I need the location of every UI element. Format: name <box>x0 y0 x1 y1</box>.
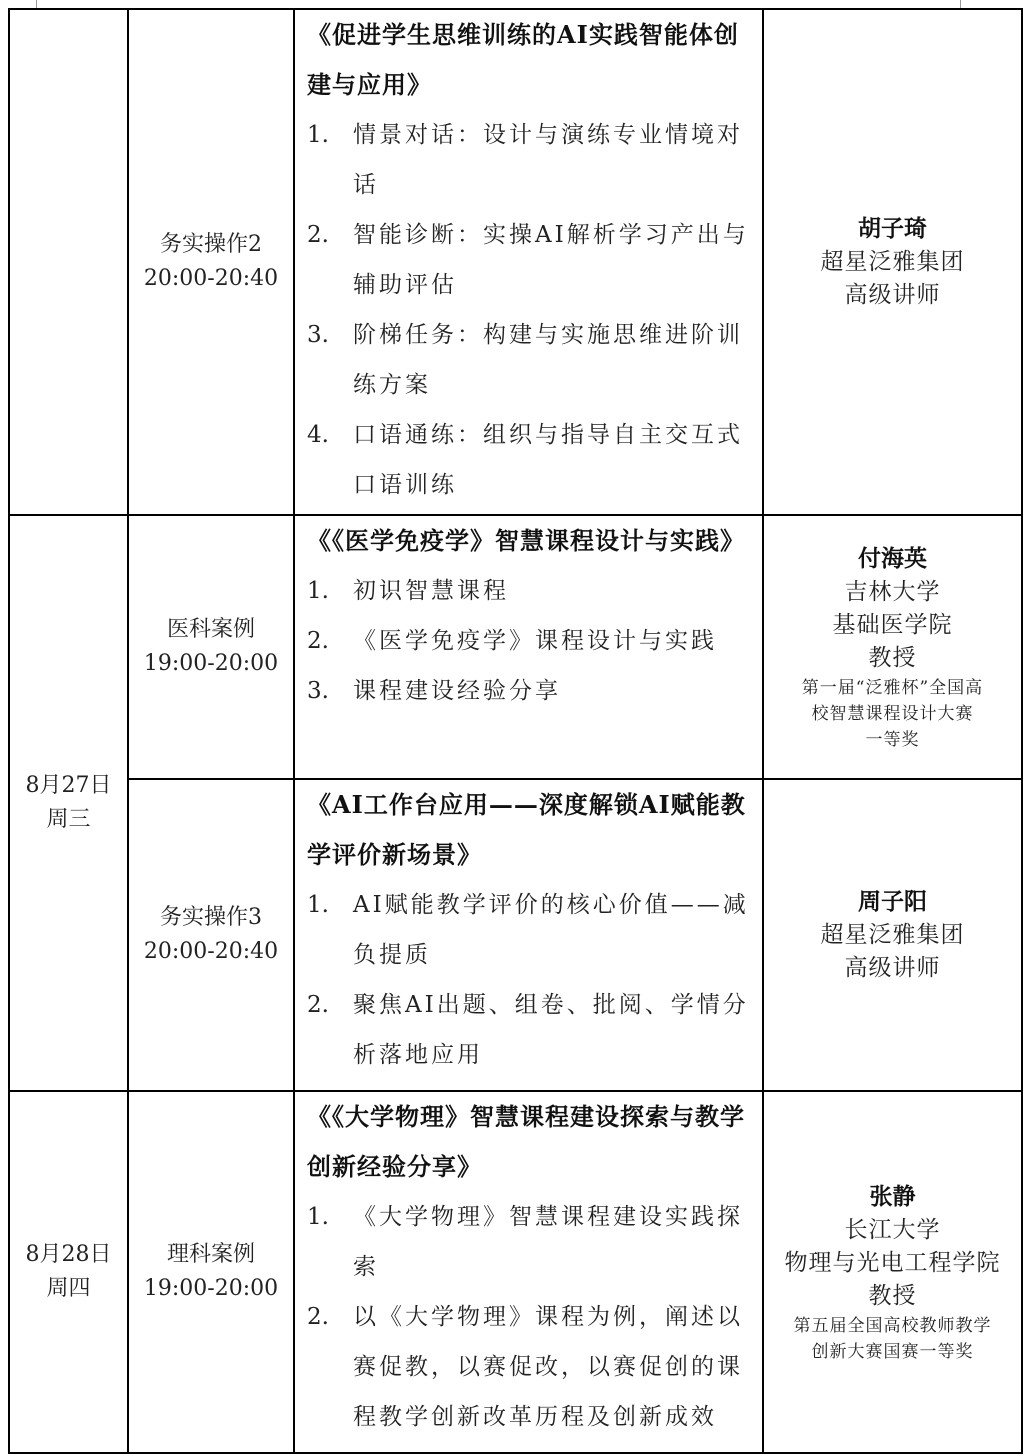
speaker-affiliation: 超星泛雅集团 <box>764 246 1021 279</box>
schedule-table: 务实操作2 20:00-20:40 《促进学生思维训练的AI实践智能体创建与应用… <box>8 8 1023 1454</box>
list-item: 3.课程建设经验分享 <box>307 666 752 716</box>
speaker-affiliation: 长江大学 <box>764 1214 1021 1247</box>
list-text: AI赋能教学评价的核心价值——减负提质 <box>353 892 749 968</box>
table-row: 务实操作2 20:00-20:40 《促进学生思维训练的AI实践智能体创建与应用… <box>9 9 1022 515</box>
course-title: 《《大学物理》智慧课程建设探索与教学创新经验分享》 <box>307 1092 752 1192</box>
speaker-department: 物理与光电工程学院 <box>764 1247 1021 1280</box>
content-cell: 《《大学物理》智慧课程建设探索与教学创新经验分享》 1.《大学物理》智慧课程建设… <box>294 1091 763 1453</box>
list-text: 以《大学物理》课程为例，阐述以赛促教，以赛促改，以赛促创的课程教学创新改革历程及… <box>353 1304 743 1430</box>
list-text: 《大学物理》智慧课程建设实践探索 <box>353 1204 743 1280</box>
list-text: 情景对话：设计与演练专业情境对话 <box>353 122 743 198</box>
list-item: 1.情景对话：设计与演练专业情境对话 <box>307 110 752 210</box>
session-cell: 医科案例 19:00-20:00 <box>128 515 294 779</box>
session-name: 理科案例 <box>129 1238 293 1272</box>
course-title: 《AI工作台应用——深度解锁AI赋能教学评价新场景》 <box>307 780 752 880</box>
course-title: 《《医学免疫学》智慧课程设计与实践》 <box>307 516 752 566</box>
list-text: 初识智慧课程 <box>353 578 509 604</box>
speaker-department: 基础医学院 <box>764 609 1021 642</box>
list-item: 1.初识智慧课程 <box>307 566 752 616</box>
list-number: 1. <box>307 1192 347 1242</box>
speaker-affiliation: 超星泛雅集团 <box>764 919 1021 952</box>
speaker-cell: 胡子琦 超星泛雅集团 高级讲师 <box>763 9 1022 515</box>
date-weekday: 周三 <box>10 803 127 837</box>
session-name: 务实操作3 <box>129 901 293 935</box>
session-cell: 务实操作2 20:00-20:40 <box>128 9 294 515</box>
list-number: 1. <box>307 110 347 160</box>
list-item: 2.以《大学物理》课程为例，阐述以赛促教，以赛促改，以赛促创的课程教学创新改革历… <box>307 1292 752 1442</box>
session-cell: 理科案例 19:00-20:00 <box>128 1091 294 1453</box>
list-number: 2. <box>307 980 347 1030</box>
date-day: 8月27日 <box>10 769 127 803</box>
table-row: 8月27日 周三 医科案例 19:00-20:00 《《医学免疫学》智慧课程设计… <box>9 515 1022 779</box>
list-text: 聚焦AI出题、组卷、批阅、学情分析落地应用 <box>353 992 749 1068</box>
speaker-award: 第五届全国高校教师教学 <box>764 1313 1021 1339</box>
speaker-cell: 周子阳 超星泛雅集团 高级讲师 <box>763 779 1022 1091</box>
list-text: 课程建设经验分享 <box>353 678 561 704</box>
date-cell: 8月28日 周四 <box>9 1091 128 1453</box>
content-list: 1.AI赋能教学评价的核心价值——减负提质 2.聚焦AI出题、组卷、批阅、学情分… <box>307 880 752 1080</box>
speaker-name: 张静 <box>764 1180 1021 1214</box>
list-text: 阶梯任务：构建与实施思维进阶训练方案 <box>353 322 743 398</box>
speaker-cell: 张静 长江大学 物理与光电工程学院 教授 第五届全国高校教师教学 创新大赛国赛一… <box>763 1091 1022 1453</box>
content-list: 1.情景对话：设计与演练专业情境对话 2.智能诊断：实操AI解析学习产出与辅助评… <box>307 110 752 510</box>
list-item: 2.《医学免疫学》课程设计与实践 <box>307 616 752 666</box>
speaker-name: 胡子琦 <box>764 212 1021 246</box>
list-text: 口语通练：组织与指导自主交互式口语训练 <box>353 422 743 498</box>
list-item: 1.AI赋能教学评价的核心价值——减负提质 <box>307 880 752 980</box>
session-name: 务实操作2 <box>129 228 293 262</box>
list-item: 1.《大学物理》智慧课程建设实践探索 <box>307 1192 752 1292</box>
list-item: 2.聚焦AI出题、组卷、批阅、学情分析落地应用 <box>307 980 752 1080</box>
session-time: 20:00-20:40 <box>129 935 293 969</box>
speaker-title: 教授 <box>764 642 1021 675</box>
content-list: 1.《大学物理》智慧课程建设实践探索 2.以《大学物理》课程为例，阐述以赛促教，… <box>307 1192 752 1442</box>
session-time: 19:00-20:00 <box>129 647 293 681</box>
session-cell: 务实操作3 20:00-20:40 <box>128 779 294 1091</box>
speaker-name: 周子阳 <box>764 885 1021 919</box>
session-name: 医科案例 <box>129 613 293 647</box>
speaker-cell: 付海英 吉林大学 基础医学院 教授 第一届“泛雅杯”全国高 校智慧课程设计大赛 … <box>763 515 1022 779</box>
list-item: 2.智能诊断：实操AI解析学习产出与辅助评估 <box>307 210 752 310</box>
speaker-affiliation: 吉林大学 <box>764 576 1021 609</box>
table-row: 务实操作3 20:00-20:40 《AI工作台应用——深度解锁AI赋能教学评价… <box>9 779 1022 1091</box>
list-item: 3.阶梯任务：构建与实施思维进阶训练方案 <box>307 310 752 410</box>
content-cell: 《《医学免疫学》智慧课程设计与实践》 1.初识智慧课程 2.《医学免疫学》课程设… <box>294 515 763 779</box>
table-row: 8月28日 周四 理科案例 19:00-20:00 《《大学物理》智慧课程建设探… <box>9 1091 1022 1453</box>
list-text: 智能诊断：实操AI解析学习产出与辅助评估 <box>353 222 749 298</box>
content-cell: 《促进学生思维训练的AI实践智能体创建与应用》 1.情景对话：设计与演练专业情境… <box>294 9 763 515</box>
content-cell: 《AI工作台应用——深度解锁AI赋能教学评价新场景》 1.AI赋能教学评价的核心… <box>294 779 763 1091</box>
list-number: 2. <box>307 1292 347 1342</box>
speaker-award: 第一届“泛雅杯”全国高 <box>764 675 1021 701</box>
session-time: 20:00-20:40 <box>129 262 293 296</box>
session-time: 19:00-20:00 <box>129 1272 293 1306</box>
list-text: 《医学免疫学》课程设计与实践 <box>353 628 717 654</box>
speaker-name: 付海英 <box>764 542 1021 576</box>
speaker-title: 高级讲师 <box>764 279 1021 312</box>
date-cell-empty <box>9 9 128 515</box>
speaker-award: 创新大赛国赛一等奖 <box>764 1339 1021 1365</box>
speaker-title: 高级讲师 <box>764 952 1021 985</box>
list-number: 2. <box>307 210 347 260</box>
speaker-award: 校智慧课程设计大赛 <box>764 701 1021 727</box>
list-number: 2. <box>307 616 347 666</box>
list-number: 4. <box>307 410 347 460</box>
list-number: 1. <box>307 566 347 616</box>
list-number: 1. <box>307 880 347 930</box>
list-number: 3. <box>307 310 347 360</box>
date-weekday: 周四 <box>10 1272 127 1306</box>
course-title: 《促进学生思维训练的AI实践智能体创建与应用》 <box>307 10 752 110</box>
speaker-title: 教授 <box>764 1280 1021 1313</box>
list-number: 3. <box>307 666 347 716</box>
date-day: 8月28日 <box>10 1238 127 1272</box>
speaker-award: 一等奖 <box>764 727 1021 753</box>
list-item: 4.口语通练：组织与指导自主交互式口语训练 <box>307 410 752 510</box>
content-list: 1.初识智慧课程 2.《医学免疫学》课程设计与实践 3.课程建设经验分享 <box>307 566 752 716</box>
date-cell: 8月27日 周三 <box>9 515 128 1091</box>
